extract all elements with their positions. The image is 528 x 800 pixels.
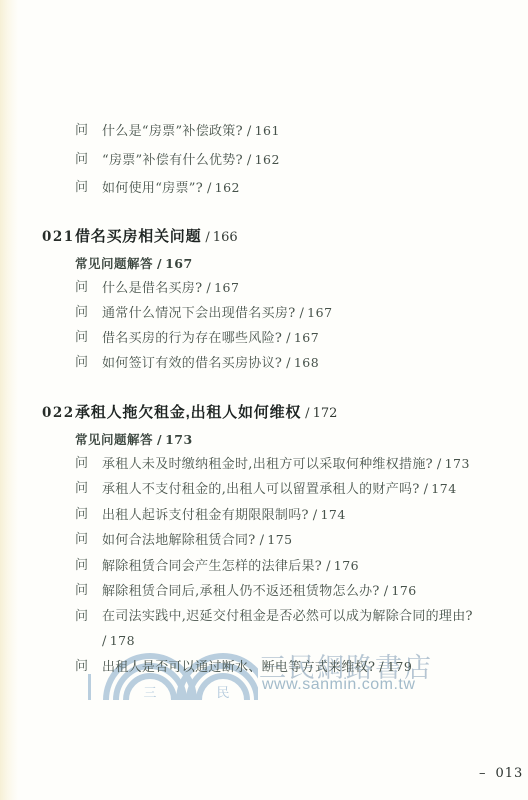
question-page: 161 [255, 123, 280, 138]
section-heading: 022 承租人拖欠租金,出租人如何维权 /172 [42, 400, 494, 426]
toc-question: 问 如何使用“房票”?/162 [75, 174, 494, 203]
page-separator: / [282, 356, 294, 371]
question-title: 如何签订有效的借名买房协议? [102, 356, 282, 371]
toc-question: 问 什么是“房票”补偿政策?/161 [75, 117, 494, 146]
toc-question: 问 在司法实践中,迟延交付租金是否必然可以成为解除合同的理由?/178 [75, 605, 494, 655]
faq-label: 常见问题解答 [75, 432, 153, 447]
page-separator: / [203, 181, 215, 196]
question-text: 承租人未及时缴纳租金时,出租方可以采取何种维权措施?/173 [102, 452, 494, 478]
question-page: 179 [387, 659, 412, 674]
page-number: 013 [496, 766, 524, 781]
section-number: 022 [42, 401, 75, 426]
section-title: 承租人拖欠租金,出租人如何维权 [75, 400, 301, 425]
page-binding-edge [0, 0, 18, 800]
faq-page: 167 [165, 256, 193, 271]
question-text: “房票”补偿有什么优势?/162 [102, 146, 494, 175]
question-marker: 问 [75, 452, 102, 477]
toc-intro-questions: 问 什么是“房票”补偿政策?/161 问 “房票”补偿有什么优势?/162 问 … [75, 117, 494, 203]
logo-char-san: 三 [143, 686, 156, 700]
page-separator: / [433, 457, 445, 472]
question-page: 168 [294, 355, 319, 370]
question-title: “房票”补偿有什么优势? [102, 153, 243, 168]
question-marker: 问 [75, 351, 102, 375]
question-page: 162 [255, 152, 280, 167]
question-title: 解除租赁合同后,承租人仍不返还租赁物怎么办? [102, 584, 380, 599]
page-separator: / [309, 508, 321, 523]
question-text: 解除租赁合同后,承租人仍不返还租赁物怎么办?/176 [102, 579, 494, 605]
question-page: 174 [320, 507, 345, 522]
question-title: 什么是借名买房? [102, 281, 202, 296]
question-title: 承租人未及时缴纳租金时,出租方可以采取何种维权措施? [102, 457, 433, 472]
toc-question: 问 承租人不支付租金的,出租人可以留置承租人的财产吗?/174 [75, 477, 494, 503]
question-marker: 问 [75, 326, 102, 350]
question-title: 如何合法地解除租赁合同? [102, 533, 256, 548]
question-page: 175 [267, 532, 292, 547]
page-separator: / [201, 230, 212, 245]
page-separator: / [301, 406, 312, 421]
question-text: 出租人是否可以通过断水、断电等方式来维权?/179 [102, 655, 494, 681]
question-marker: 问 [75, 579, 102, 604]
question-marker: 问 [75, 301, 102, 325]
question-text: 通常什么情况下会出现借名买房?/167 [102, 301, 494, 326]
toc-question: 问 通常什么情况下会出现借名买房?/167 [75, 301, 494, 326]
question-marker: 问 [75, 174, 102, 202]
question-text: 如何使用“房票”?/162 [102, 174, 494, 203]
section-body: 常见问题解答/167 问 什么是借名买房?/167 问 通常什么情况下会出现借名… [75, 252, 494, 376]
question-list: 问 什么是借名买房?/167 问 通常什么情况下会出现借名买房?/167 问 借… [75, 276, 494, 376]
section-page-number: 172 [313, 406, 338, 421]
faq-label: 常见问题解答 [75, 256, 153, 271]
toc-section-022: 022 承租人拖欠租金,出租人如何维权 /172 常见问题解答/173 问 承租… [42, 400, 494, 681]
question-title: 解除租赁合同会产生怎样的法律后果? [102, 559, 322, 574]
page-separator: / [153, 256, 165, 271]
question-marker: 问 [75, 655, 102, 680]
section-page: /172 [301, 401, 337, 426]
faq-page: 173 [165, 432, 193, 447]
question-page-line: /178 [102, 629, 494, 655]
page-separator: / [420, 482, 432, 497]
page-separator: / [322, 559, 334, 574]
question-page: 162 [215, 180, 240, 195]
question-page: 176 [334, 558, 359, 573]
question-page: 174 [431, 481, 456, 496]
toc-question: 问 借名买房的行为存在哪些风险?/167 [75, 326, 494, 351]
toc-question: 问 出租人是否可以通过断水、断电等方式来维权?/179 [75, 655, 494, 681]
question-title: 通常什么情况下会出现借名买房? [102, 306, 295, 321]
question-list: 问 承租人未及时缴纳租金时,出租方可以采取何种维权措施?/173 问 承租人不支… [75, 452, 494, 681]
footer-dash: – [479, 766, 487, 781]
question-page: 167 [307, 305, 332, 320]
question-marker: 问 [75, 276, 102, 300]
section-heading: 021 借名买房相关问题 /166 [42, 224, 494, 250]
question-title: 承租人不支付租金的,出租人可以留置承租人的财产吗? [102, 482, 420, 497]
toc-question: 问 承租人未及时缴纳租金时,出租方可以采取何种维权措施?/173 [75, 452, 494, 478]
page-separator: / [243, 153, 255, 168]
question-marker: 问 [75, 477, 102, 502]
toc-question: 问 “房票”补偿有什么优势?/162 [75, 146, 494, 175]
question-marker: 问 [75, 605, 102, 630]
question-title: 什么是“房票”补偿政策? [102, 124, 243, 139]
question-marker: 问 [75, 528, 102, 553]
section-number: 021 [42, 225, 75, 250]
question-text: 在司法实践中,迟延交付租金是否必然可以成为解除合同的理由?/178 [102, 605, 494, 655]
section-title-text: 借名买房相关问题 [75, 228, 201, 245]
page-separator: / [243, 124, 255, 139]
section-title: 借名买房相关问题 [75, 224, 201, 249]
question-title: 借名买房的行为存在哪些风险? [102, 331, 282, 346]
toc-question: 问 如何合法地解除租赁合同?/175 [75, 528, 494, 554]
toc-section-021: 021 借名买房相关问题 /166 常见问题解答/167 问 什么是借名买房?/… [42, 224, 494, 376]
section-title-text: 承租人拖欠租金,出租人如何维权 [75, 404, 301, 421]
toc-content: 问 什么是“房票”补偿政策?/161 问 “房票”补偿有什么优势?/162 问 … [42, 117, 494, 680]
question-marker: 问 [75, 503, 102, 528]
section-page: /166 [201, 225, 237, 250]
page-separator: / [282, 331, 294, 346]
toc-question: 问 如何签订有效的借名买房协议?/168 [75, 351, 494, 376]
section-body: 常见问题解答/173 问 承租人未及时缴纳租金时,出租方可以采取何种维权措施?/… [75, 428, 494, 681]
question-text: 出租人起诉支付租金有期限限制吗?/174 [102, 503, 494, 529]
question-page: 178 [110, 633, 135, 648]
question-page: 167 [294, 330, 319, 345]
page-separator: / [375, 660, 387, 675]
question-text: 借名买房的行为存在哪些风险?/167 [102, 326, 494, 351]
footer-page-number: – 013 [479, 766, 523, 781]
question-title: 出租人起诉支付租金有期限限制吗? [102, 508, 309, 523]
faq-heading: 常见问题解答/173 [75, 428, 494, 452]
page-separator: / [153, 432, 165, 447]
page-separator: / [202, 281, 214, 296]
question-marker: 问 [75, 554, 102, 579]
question-text: 承租人不支付租金的,出租人可以留置承租人的财产吗?/174 [102, 477, 494, 503]
toc-question: 问 解除租赁合同后,承租人仍不返还租赁物怎么办?/176 [75, 579, 494, 605]
page-separator: / [102, 634, 110, 649]
question-text: 什么是借名买房?/167 [102, 276, 494, 301]
page-separator: / [295, 306, 307, 321]
question-text: 什么是“房票”补偿政策?/161 [102, 117, 494, 146]
question-text: 如何合法地解除租赁合同?/175 [102, 528, 494, 554]
toc-question: 问 解除租赁合同会产生怎样的法律后果?/176 [75, 554, 494, 580]
logo-char-min: 民 [216, 686, 229, 700]
page-separator: / [380, 584, 392, 599]
question-marker: 问 [75, 117, 102, 145]
page-separator: / [256, 533, 268, 548]
question-title: 出租人是否可以通过断水、断电等方式来维权? [102, 660, 375, 675]
question-marker: 问 [75, 146, 102, 174]
faq-heading: 常见问题解答/167 [75, 252, 494, 276]
question-page: 167 [214, 280, 239, 295]
question-title: 在司法实践中,迟延交付租金是否必然可以成为解除合同的理由? [102, 609, 473, 624]
question-text: 如何签订有效的借名买房协议?/168 [102, 351, 494, 376]
question-page: 176 [391, 583, 416, 598]
section-page-number: 166 [213, 230, 238, 245]
question-title: 如何使用“房票”? [102, 181, 203, 196]
question-text: 解除租赁合同会产生怎样的法律后果?/176 [102, 554, 494, 580]
question-page: 173 [445, 456, 470, 471]
toc-question: 问 什么是借名买房?/167 [75, 276, 494, 301]
toc-question: 问 出租人起诉支付租金有期限限制吗?/174 [75, 503, 494, 529]
